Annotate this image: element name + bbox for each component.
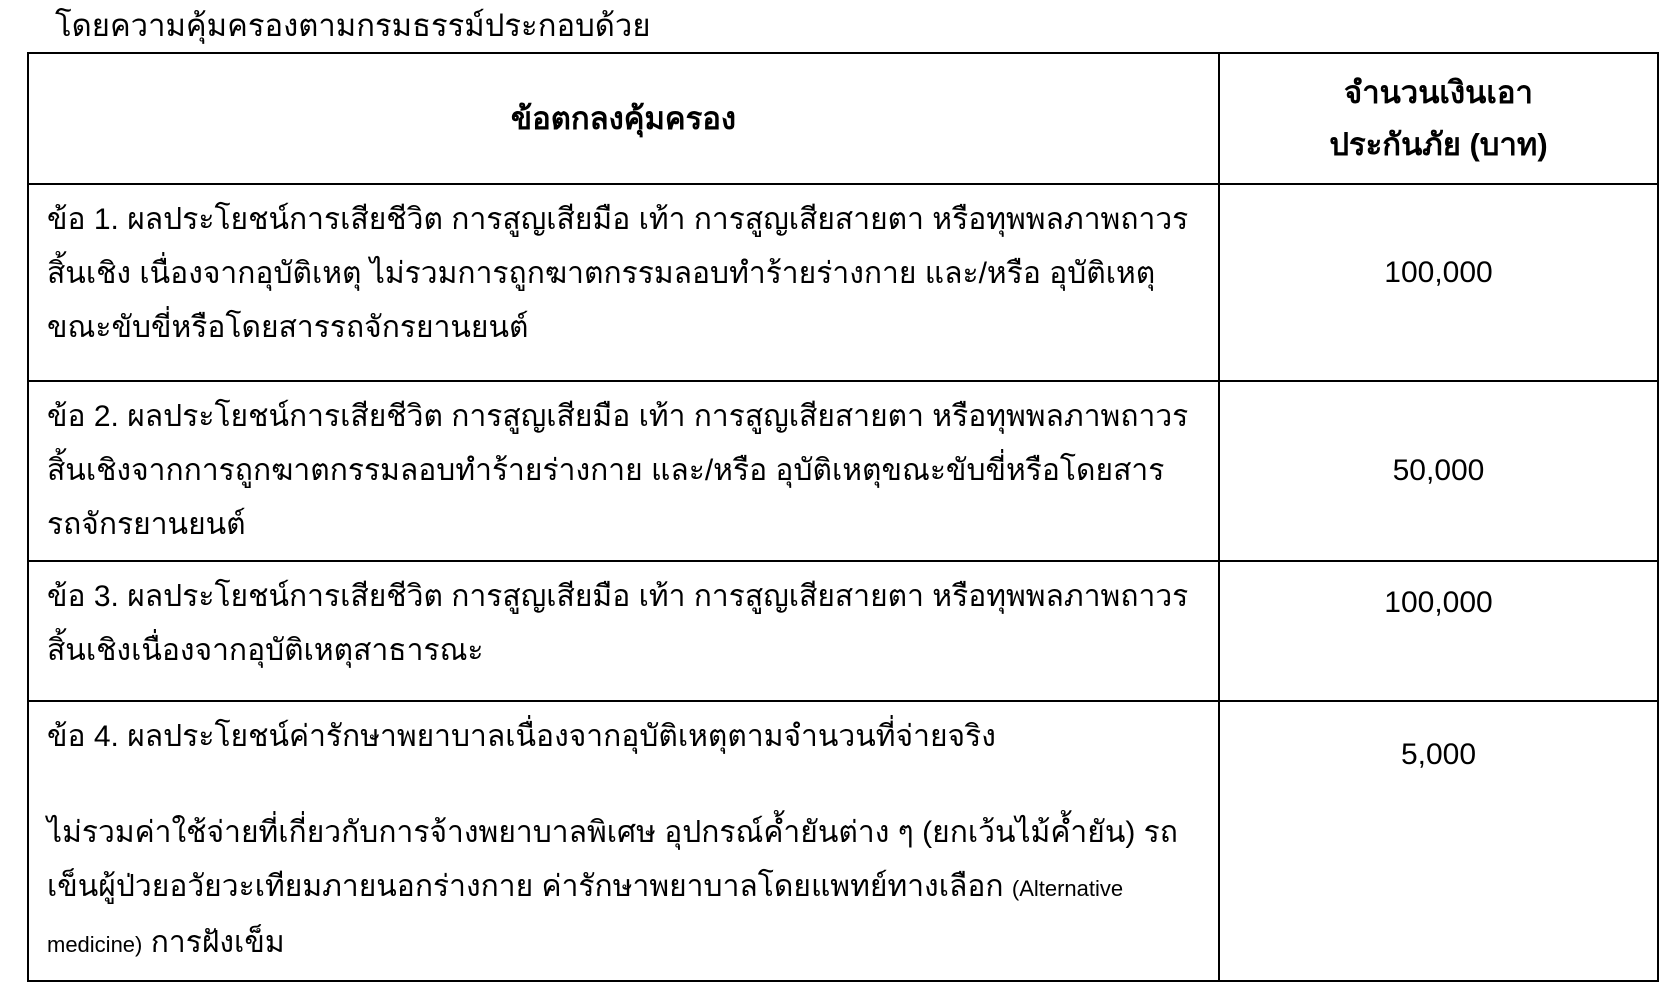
coverage-clause-3-text: ข้อ 3. ผลประโยชน์การเสียชีวิต การสูญเสีย…: [28, 561, 1219, 701]
coverage-clause-4-text: ข้อ 4. ผลประโยชน์ค่ารักษาพยาบาลเนื่องจาก…: [28, 701, 1219, 981]
table-row: ข้อ 3. ผลประโยชน์การเสียชีวิต การสูญเสีย…: [28, 561, 1658, 701]
document-page: โดยความคุ้มครองตามกรมธรรม์ประกอบด้วย ข้อ…: [0, 0, 1678, 1008]
table-row: ข้อ 1. ผลประโยชน์การเสียชีวิต การสูญเสีย…: [28, 184, 1658, 381]
coverage-clause-2-amount: 50,000: [1219, 381, 1658, 561]
document-title: โดยความคุ้มครองตามกรมธรรม์ประกอบด้วย: [55, 4, 650, 48]
coverage-clause-1-amount: 100,000: [1219, 184, 1658, 381]
amount-header-line1: จำนวนเงินเอา: [1230, 67, 1647, 119]
clause-4-exclusion-text-tail: การฝังเข็ม: [142, 926, 284, 959]
coverage-clause-2-text: ข้อ 2. ผลประโยชน์การเสียชีวิต การสูญเสีย…: [28, 381, 1219, 561]
clause-4-exclusion-paragraph: ไม่รวมค่าใช้จ่ายที่เกี่ยวกับการจ้างพยาบา…: [47, 806, 1194, 972]
amount-column-header: จำนวนเงินเอา ประกันภัย (บาท): [1219, 53, 1658, 184]
amount-header-line2: ประกันภัย (บาท): [1230, 119, 1647, 171]
coverage-clause-1-text: ข้อ 1. ผลประโยชน์การเสียชีวิต การสูญเสีย…: [28, 184, 1219, 381]
coverage-column-header: ข้อตกลงคุ้มครอง: [28, 53, 1219, 184]
table-row: ข้อ 4. ผลประโยชน์ค่ารักษาพยาบาลเนื่องจาก…: [28, 701, 1658, 981]
clause-4-exclusion-text: ไม่รวมค่าใช้จ่ายที่เกี่ยวกับการจ้างพยาบา…: [47, 816, 1178, 903]
table-row: ข้อ 2. ผลประโยชน์การเสียชีวิต การสูญเสีย…: [28, 381, 1658, 561]
table-header-row: ข้อตกลงคุ้มครอง จำนวนเงินเอา ประกันภัย (…: [28, 53, 1658, 184]
clause-4-benefit-line: ข้อ 4. ผลประโยชน์ค่ารักษาพยาบาลเนื่องจาก…: [47, 710, 1194, 764]
coverage-table: ข้อตกลงคุ้มครอง จำนวนเงินเอา ประกันภัย (…: [27, 52, 1659, 982]
coverage-clause-4-amount: 5,000: [1219, 701, 1658, 981]
coverage-clause-3-amount: 100,000: [1219, 561, 1658, 701]
